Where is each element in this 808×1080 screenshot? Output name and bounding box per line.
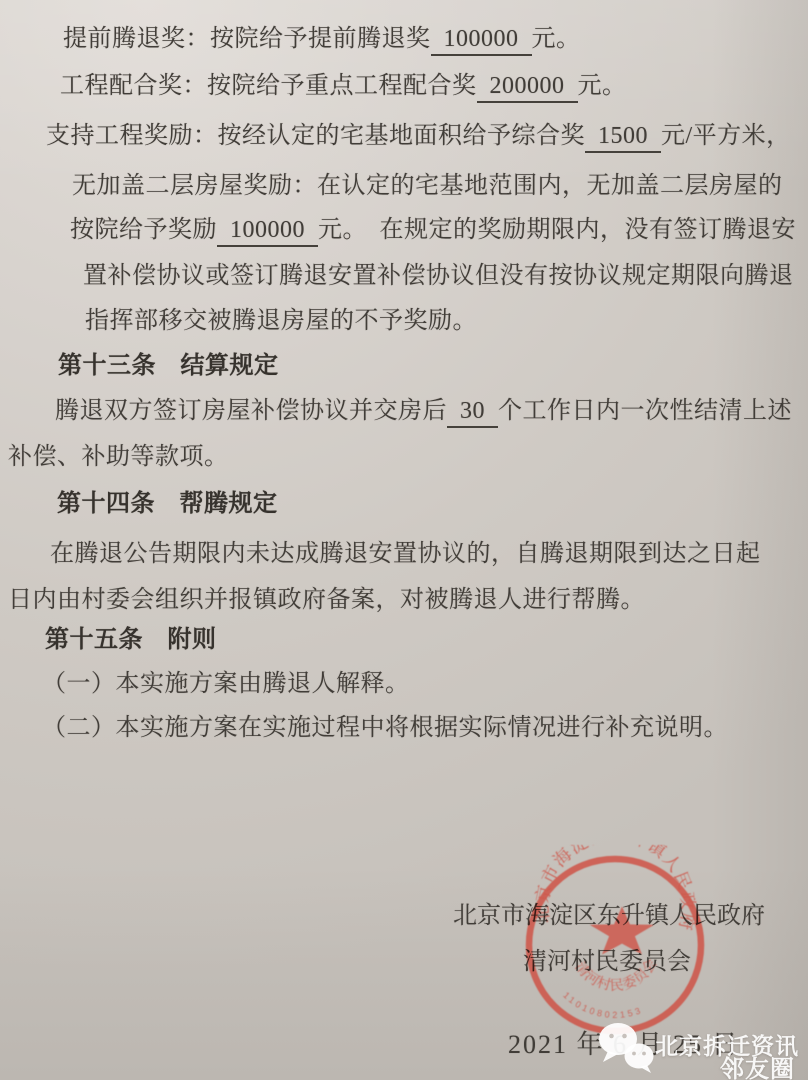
line-text: 置补偿协议或签订腾退安置补偿协议但没有按协议规定期限向腾退 [83,263,794,289]
svg-text:清河村民委员会: 清河村民委员会 [572,956,661,994]
underlined-value: 1500 [585,121,661,153]
doc-line: 工程配合奖：按院给予重点工程配合奖200000元。 [60,71,627,103]
line-text: 个工作日内一次性结清上述 [498,398,792,424]
official-seal: 北京市海淀区东升镇人民政府 清河村民委员会 11010802153 [515,845,715,1045]
doc-line: 按院给予奖励100000元。 在规定的奖励期限内，没有签订腾退安 [70,215,796,247]
line-text: （一）本实施方案由腾退人解释。 [42,671,410,697]
line-text: （二）本实施方案在实施过程中将根据实际情况进行补充说明。 [42,715,728,741]
underlined-value: 100000 [431,24,532,56]
line-text: 元。 [532,26,581,52]
line-text: 第十三条 结算规定 [58,353,279,379]
line-text: 补偿、补助等款项。 [8,444,229,470]
line-text: 无加盖二层房屋奖励：在认定的宅基地范围内，无加盖二层房屋的 [72,173,783,199]
line-text: 日内由村委会组织并报镇政府备案，对被腾退人进行帮腾。 [8,587,645,613]
line-text: 工程配合奖：按院给予重点工程配合奖 [60,73,477,99]
seal-inner-arc-text: 清河村民委员会 [572,956,661,994]
underlined-value: 30 [447,396,498,428]
doc-line: 提前腾退奖：按院给予提前腾退奖100000元。 [63,24,581,56]
line-text: 腾退双方签订房屋补偿协议并交房后 [55,398,447,424]
doc-heading-article-13: 第十三条 结算规定 [58,351,279,381]
line-text: 按院给予奖励 [70,217,217,243]
line-text: 提前腾退奖：按院给予提前腾退奖 [63,26,431,52]
line-text: 在腾退公告期限内未达成腾退安置协议的，自腾退期限到达之日起 [50,541,761,567]
line-text: 元。 [578,73,627,99]
doc-line: 在腾退公告期限内未达成腾退安置协议的，自腾退期限到达之日起 [50,539,761,569]
doc-line: （二）本实施方案在实施过程中将根据实际情况进行补充说明。 [42,713,728,743]
svg-text:11010802153: 11010802153 [561,990,644,1020]
doc-line: 置补偿协议或签订腾退安置补偿协议但没有按协议规定期限向腾退 [83,261,794,291]
doc-line: 补偿、补助等款项。 [8,442,229,472]
seal-serial-number: 11010802153 [561,990,644,1020]
doc-line: 腾退双方签订房屋补偿协议并交房后30个工作日内一次性结清上述 [55,396,792,428]
underlined-value: 200000 [477,71,578,103]
doc-line: 支持工程奖励：按经认定的宅基地面积给予综合奖1500元/平方米， [46,121,791,153]
document-photo: 提前腾退奖：按院给予提前腾退奖100000元。 工程配合奖：按院给予重点工程配合… [0,0,808,1080]
document-body: 提前腾退奖：按院给予提前腾退奖100000元。 工程配合奖：按院给予重点工程配合… [0,0,808,1080]
doc-heading-article-14: 第十四条 帮腾规定 [57,489,278,519]
line-text: 支持工程奖励：按经认定的宅基地面积给予综合奖 [46,123,585,149]
doc-line: 无加盖二层房屋奖励：在认定的宅基地范围内，无加盖二层房屋的 [72,171,783,201]
line-text: 第十四条 帮腾规定 [57,491,278,517]
doc-line: 指挥部移交被腾退房屋的不予奖励。 [85,306,477,336]
line-text: 指挥部移交被腾退房屋的不予奖励。 [85,308,477,334]
doc-line: 日内由村委会组织并报镇政府备案，对被腾退人进行帮腾。 [8,585,645,615]
seal-star-icon [590,906,655,954]
line-text: 第十五条 附则 [45,627,217,653]
line-text: 元/平方米， [661,123,791,149]
line-text: 元。 在规定的奖励期限内，没有签订腾退安 [318,217,796,243]
doc-heading-article-15: 第十五条 附则 [45,625,217,655]
underlined-value: 100000 [217,215,318,247]
doc-line: （一）本实施方案由腾退人解释。 [42,669,410,699]
